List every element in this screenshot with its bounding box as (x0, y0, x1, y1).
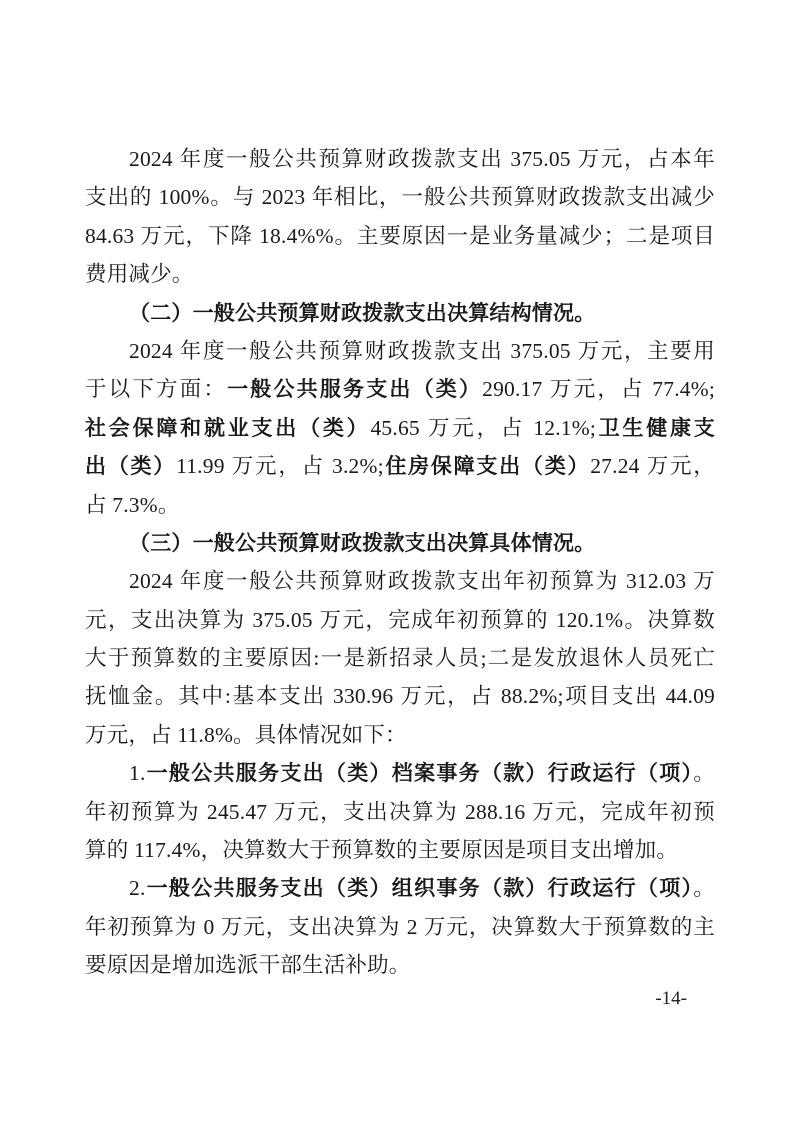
text-line: 抚恤金。其中:基本支出 330.96 万元，占 88.2%;项目支出 44.09 (85, 677, 715, 715)
page-number: -14- (655, 988, 687, 1009)
text-line: 算的 117.4%，决算数大于预算数的主要原因是项目支出增加。 (85, 831, 715, 869)
page-footer: -14- (655, 984, 687, 1014)
text-segment: 万元，占 11.8%。具体情况如下： (85, 723, 407, 747)
text-line: 2024 年度一般公共预算财政拨款支出 375.05 万元，占本年 (85, 140, 715, 178)
text-segment: 要原因是增加选派干部生活补助。 (85, 953, 411, 977)
text-line: 2024 年度一般公共预算财政拨款支出 375.05 万元，主要用 (85, 332, 715, 370)
text-line: 元，支出决算为 375.05 万元，完成年初预算的 120.1%。决算数 (85, 601, 715, 639)
document-page: 2024 年度一般公共预算财政拨款支出 375.05 万元，占本年支出的 100… (0, 0, 793, 1122)
bold-text-segment: 一般公共服务支出（类） (227, 378, 482, 401)
bold-text-segment: 社会保障和就业支出（类） (85, 417, 370, 440)
text-segment: 年初预算为 245.47 万元，支出决算为 288.16 万元，完成年初预 (85, 800, 715, 824)
text-line: 万元，占 11.8%。具体情况如下： (85, 716, 715, 754)
heading-section-3: （三）一般公共预算财政拨款支出决算具体情况。 (85, 524, 715, 562)
text-line: 2024 年度一般公共预算财政拨款支出年初预算为 312.03 万 (85, 562, 715, 600)
bold-text-segment: 一般公共服务支出（类）档案事务（款）行政运行（项） (146, 762, 694, 785)
text-segment: 占 7.3%。 (85, 493, 180, 517)
text-line: 年初预算为 0 万元，支出决算为 2 万元，决算数大于预算数的主 (85, 908, 715, 946)
text-line: 84.63 万元，下降 18.4%%。主要原因一是业务量减少；二是项目 (85, 217, 715, 255)
text-segment: 抚恤金。其中:基本支出 330.96 万元，占 88.2%;项目支出 44.09 (85, 684, 715, 708)
heading-section-2: （二）一般公共预算财政拨款支出决算结构情况。 (85, 294, 715, 332)
text-segment: 290.17 万元，占 77.4%; (482, 377, 715, 401)
text-segment: 1. (129, 761, 146, 785)
bold-text-segment: 出（类） (85, 455, 176, 478)
bold-text-segment: （二）一般公共预算财政拨款支出决算结构情况。 (129, 302, 595, 325)
text-line: 费用减少。 (85, 255, 715, 293)
para-item-2-organization-admin: 2.一般公共服务支出（类）组织事务（款）行政运行（项）。年初预算为 0 万元，支… (85, 869, 715, 984)
text-segment: 27.24 万元， (590, 454, 715, 478)
text-segment: 2024 年度一般公共预算财政拨款支出年初预算为 312.03 万 (129, 569, 715, 593)
text-line: （三）一般公共预算财政拨款支出决算具体情况。 (85, 524, 715, 562)
text-line: 于以下方面：一般公共服务支出（类）290.17 万元，占 77.4%; (85, 370, 715, 408)
bold-text-segment: （三）一般公共预算财政拨款支出决算具体情况。 (129, 532, 595, 555)
text-line: 出（类）11.99 万元，占 3.2%;住房保障支出（类）27.24 万元， (85, 447, 715, 485)
bold-text-segment: 一般公共服务支出（类）组织事务（款）行政运行（项） (146, 877, 694, 900)
text-line: 社会保障和就业支出（类）45.65 万元，占 12.1%;卫生健康支 (85, 409, 715, 447)
text-segment: 元，支出决算为 375.05 万元，完成年初预算的 120.1%。决算数 (85, 608, 715, 632)
text-segment: 费用减少。 (85, 262, 194, 286)
bold-text-segment: 住房保障支出（类） (384, 455, 590, 478)
text-line: （二）一般公共预算财政拨款支出决算结构情况。 (85, 294, 715, 332)
text-segment: 。 (693, 876, 715, 900)
text-line: 要原因是增加选派干部生活补助。 (85, 946, 715, 984)
text-segment: 。 (693, 761, 715, 785)
text-line: 大于预算数的主要原因:一是新招录人员;二是发放退休人员死亡 (85, 639, 715, 677)
text-line: 2.一般公共服务支出（类）组织事务（款）行政运行（项）。 (85, 869, 715, 907)
text-segment: 84.63 万元，下降 18.4%%。主要原因一是业务量减少；二是项目 (85, 224, 715, 248)
text-segment: 2024 年度一般公共预算财政拨款支出 375.05 万元，主要用 (129, 339, 715, 363)
text-line: 1.一般公共服务支出（类）档案事务（款）行政运行（项）。 (85, 754, 715, 792)
text-segment: 年初预算为 0 万元，支出决算为 2 万元，决算数大于预算数的主 (85, 915, 715, 939)
para-expenditure-structure: 2024 年度一般公共预算财政拨款支出 375.05 万元，主要用于以下方面：一… (85, 332, 715, 524)
text-line: 占 7.3%。 (85, 486, 715, 524)
text-line: 年初预算为 245.47 万元，支出决算为 288.16 万元，完成年初预 (85, 793, 715, 831)
para-budget-expenditure-summary: 2024 年度一般公共预算财政拨款支出 375.05 万元，占本年支出的 100… (85, 140, 715, 294)
text-segment: 2024 年度一般公共预算财政拨款支出 375.05 万元，占本年 (129, 147, 715, 171)
para-expenditure-detail-summary: 2024 年度一般公共预算财政拨款支出年初预算为 312.03 万元，支出决算为… (85, 562, 715, 754)
document-body: 2024 年度一般公共预算财政拨款支出 375.05 万元，占本年支出的 100… (85, 140, 715, 985)
para-item-1-archives-admin: 1.一般公共服务支出（类）档案事务（款）行政运行（项）。年初预算为 245.47… (85, 754, 715, 869)
text-segment: 于以下方面： (85, 377, 227, 401)
text-segment: 支出的 100%。与 2023 年相比，一般公共预算财政拨款支出减少 (85, 185, 715, 209)
bold-text-segment: 卫生健康支 (596, 417, 715, 440)
text-segment: 大于预算数的主要原因:一是新招录人员;二是发放退休人员死亡 (85, 646, 715, 670)
text-segment: 45.65 万元，占 12.1%; (370, 416, 596, 440)
text-segment: 11.99 万元，占 3.2%; (176, 454, 384, 478)
text-segment: 2. (129, 876, 146, 900)
text-segment: 算的 117.4%，决算数大于预算数的主要原因是项目支出增加。 (85, 838, 678, 862)
text-line: 支出的 100%。与 2023 年相比，一般公共预算财政拨款支出减少 (85, 178, 715, 216)
